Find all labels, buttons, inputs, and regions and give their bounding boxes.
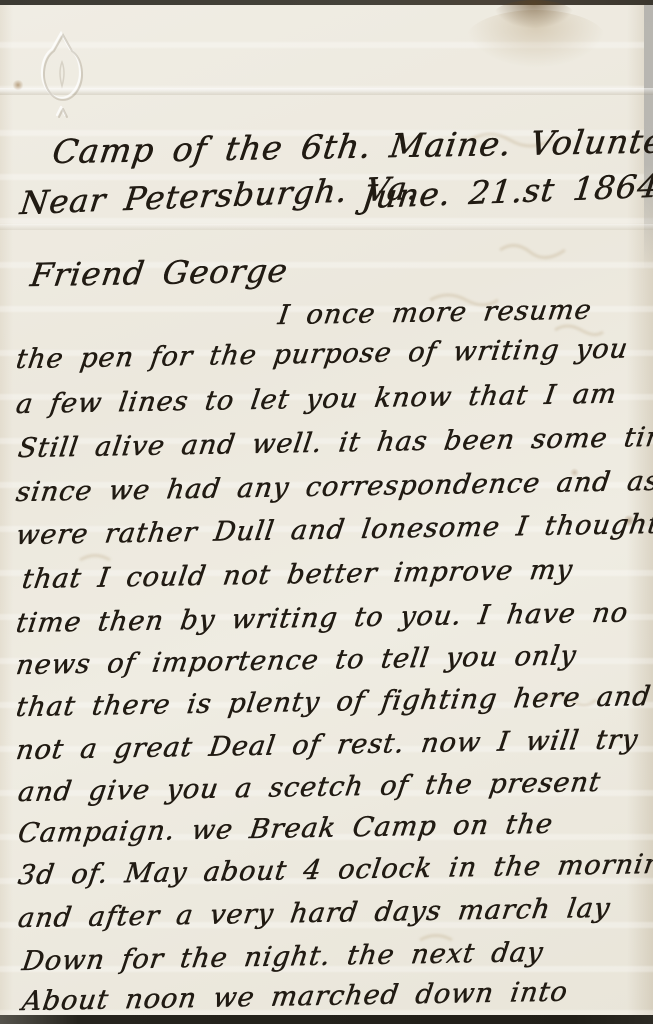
- letter-line: About noon we marched down into: [20, 986, 564, 1017]
- letter-line: I once more resume: [276, 300, 589, 331]
- letter-line: the pen for the purpose of writing you: [14, 344, 624, 375]
- heading-line1-text: Camp of the 6th. Maine. Volunteers: [50, 120, 653, 171]
- letter-line: that there is plenty of fighting here an…: [14, 692, 647, 723]
- letter-line: were rather Dull and lonesome I thought: [14, 520, 653, 551]
- letter-line: a few lines to let you know that I am: [14, 389, 613, 420]
- salutation: Friend George: [28, 256, 284, 294]
- letter-line: that I could not better improve my: [20, 564, 569, 595]
- letter-heading-unit: Camp of the 6th. Maine. Volunteers: [50, 132, 653, 171]
- handwritten-text-layer: Camp of the 6th. Maine. Volunteers Near …: [0, 0, 653, 1024]
- scan-background-bottom-edge: [0, 1015, 653, 1024]
- letter-line: Campaign. we Break Camp on the: [16, 818, 549, 849]
- letter-heading-place-date: Near Petersburgh. Va. June. 21.st 1864: [0, 178, 653, 224]
- letter-line: not a great Deal of rest. now I will try: [14, 735, 634, 766]
- letter-line: and after a very hard days march lay: [16, 903, 606, 934]
- letter-line: Still alive and well. it has been some t…: [16, 433, 653, 464]
- letter-line: time then by writing to you. I have no: [14, 608, 624, 639]
- letter-line: since we had any correspondence and as t…: [14, 477, 653, 508]
- letter-line: news of importence to tell you only: [14, 650, 573, 681]
- letter-line: 3d of. May about 4 oclock in the morning: [16, 860, 653, 891]
- letter-line: Down for the night. the next day: [20, 946, 540, 977]
- letter-line: and give you a scetch of the present: [16, 777, 597, 808]
